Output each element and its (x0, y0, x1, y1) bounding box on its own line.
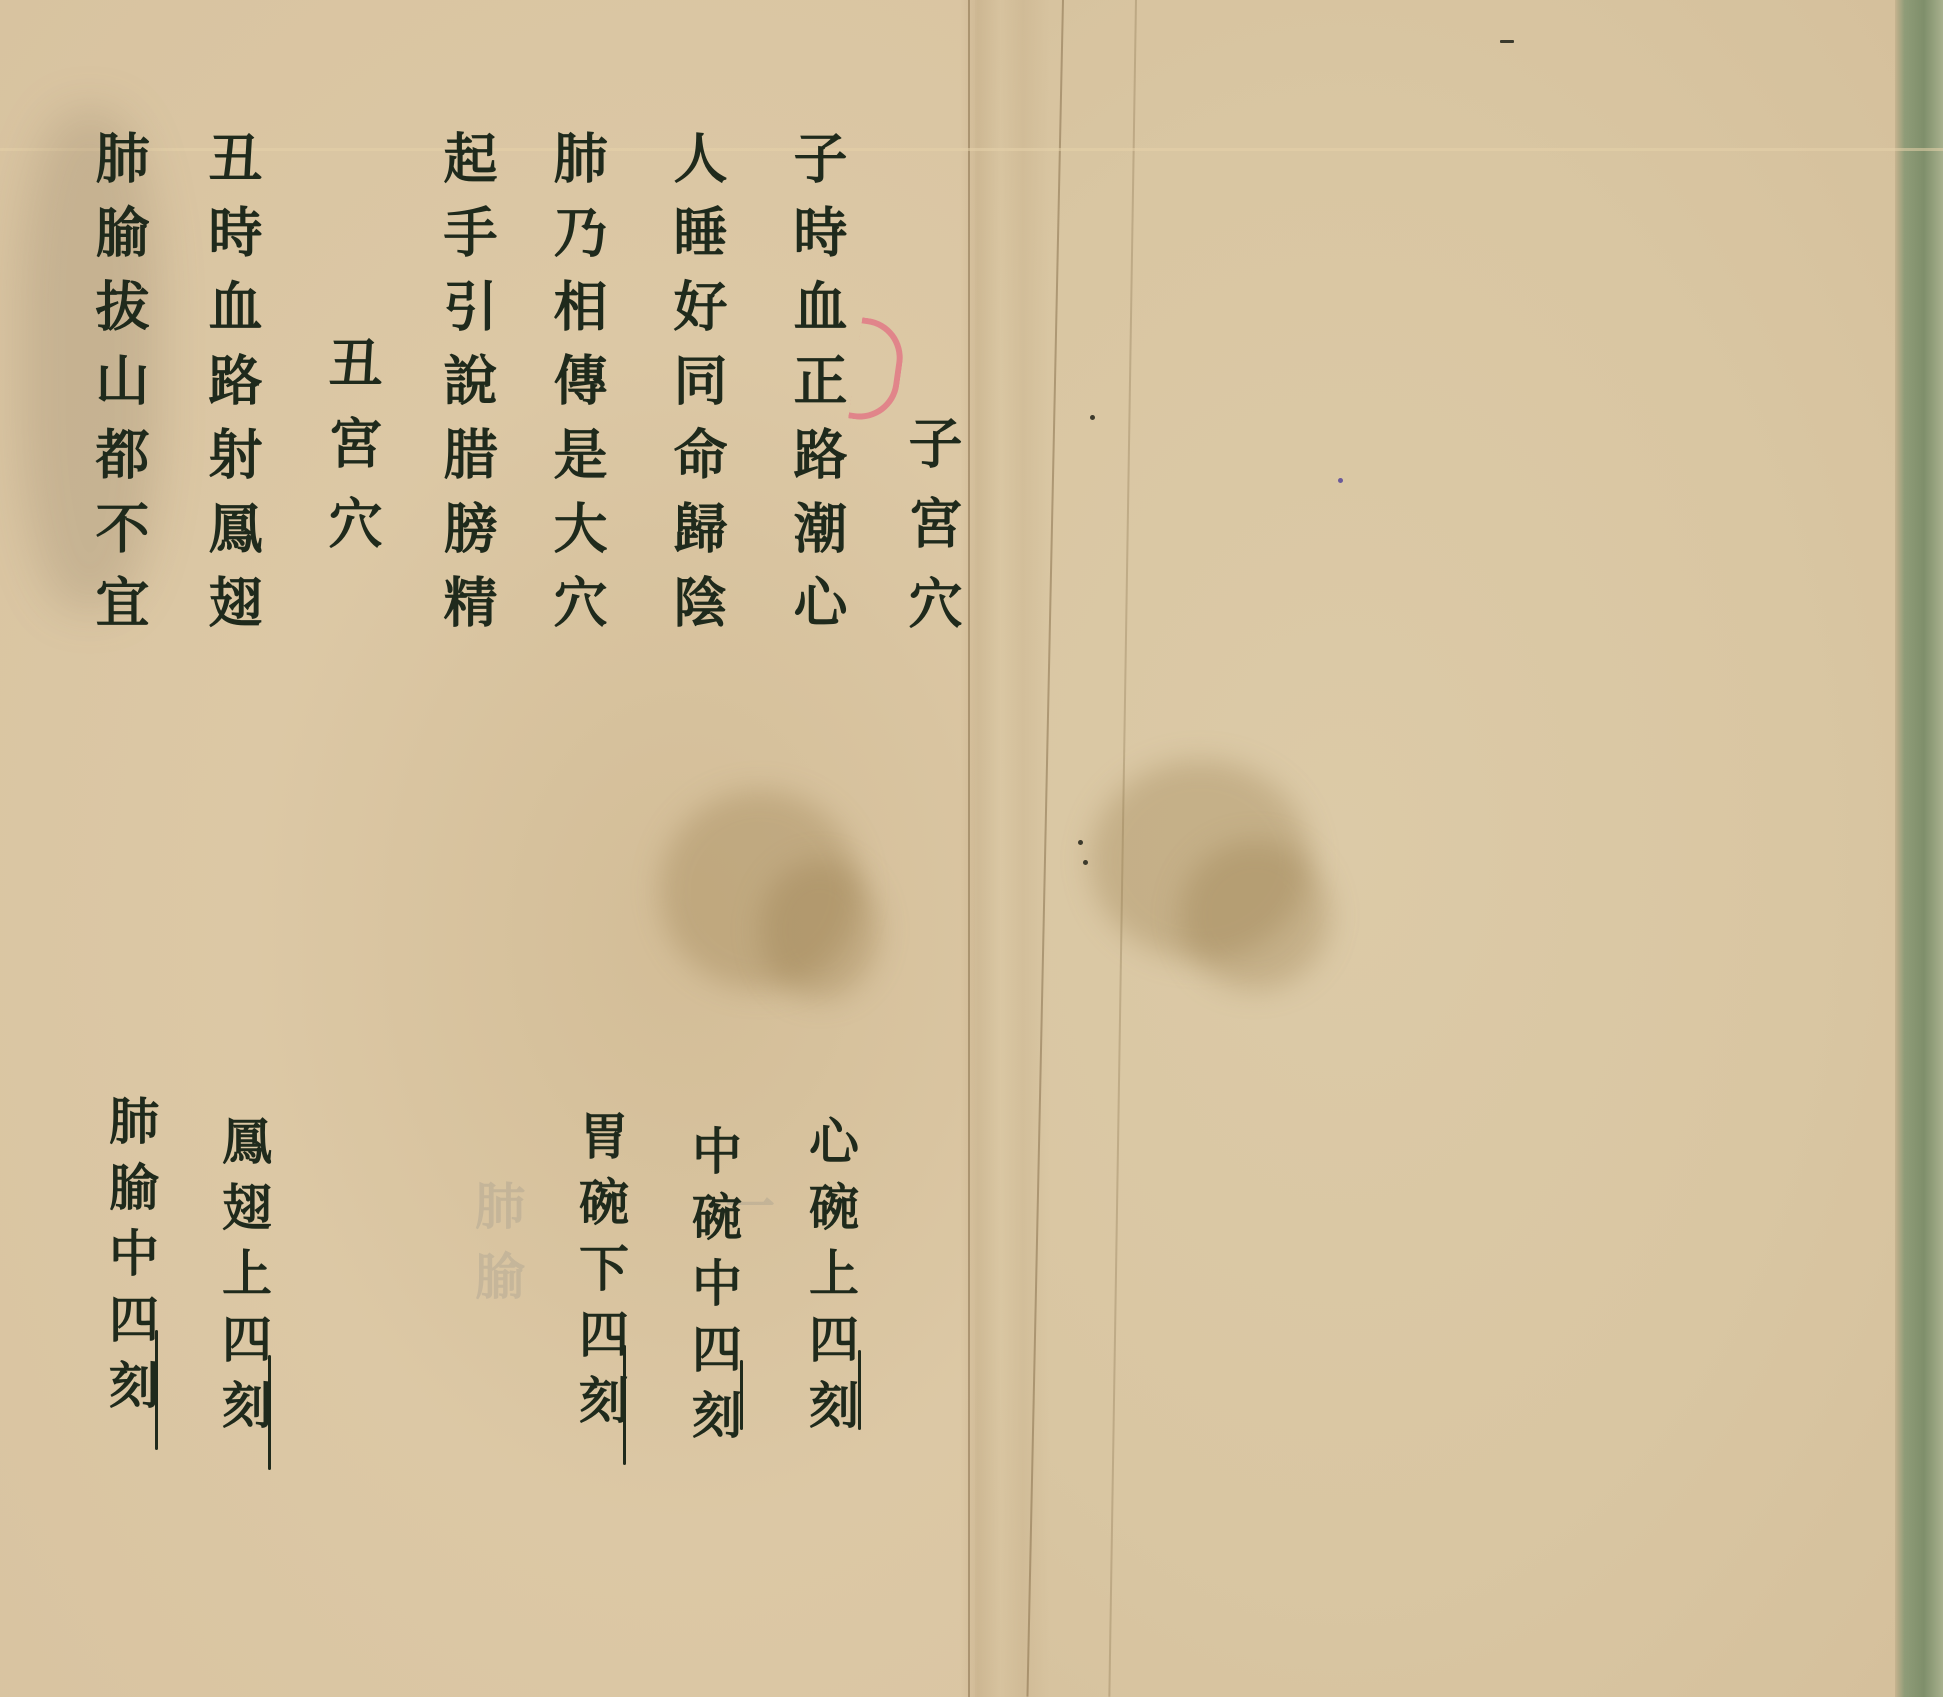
brush-tail (858, 1350, 861, 1430)
text-column: 丑時血路射鳳翅 (205, 130, 259, 648)
water-stain (1180, 840, 1330, 990)
scanned-manuscript: 肺腧 一 子宮穴 子時血正路潮心 人睡好同命歸陰 肺乃相傳是大穴 起手引說腊膀精… (0, 0, 1943, 1697)
ink-speck (1500, 40, 1514, 43)
water-stain (760, 860, 880, 1000)
text-column: 子時血正路潮心 (790, 130, 844, 648)
note-column: 肺腧中四刻 (105, 1095, 155, 1425)
bleed-through-text: 肺腧 (460, 1180, 532, 1320)
text-column: 肺乃相傳是大穴 (550, 130, 604, 648)
note-column: 胃碗下四刻 (575, 1110, 625, 1440)
heading-zi-gong-xue: 子宮穴 (905, 415, 959, 655)
brush-tail (740, 1360, 743, 1430)
note-column: 心碗上四刻 (805, 1115, 855, 1445)
fold-line (968, 0, 970, 1697)
book-cover-edge (1895, 0, 1943, 1697)
ink-speck (1338, 478, 1343, 483)
book-spine (960, 0, 1050, 1697)
note-column: 中碗中四刻 (688, 1125, 738, 1455)
paper-crease (0, 148, 1943, 151)
ink-speck (1078, 840, 1083, 845)
text-column: 人睡好同命歸陰 (670, 130, 724, 648)
heading-chou-gong-xue: 丑宮穴 (325, 335, 379, 575)
text-column: 起手引說腊膀精 (440, 130, 494, 648)
brush-tail (623, 1345, 626, 1465)
note-column: 鳳翅上四刻 (218, 1115, 268, 1445)
ink-speck (1083, 860, 1088, 865)
ink-speck (1090, 415, 1095, 420)
text-column: 肺腧拔山都不宜 (92, 130, 146, 648)
brush-tail (155, 1330, 158, 1450)
brush-tail (268, 1355, 271, 1470)
